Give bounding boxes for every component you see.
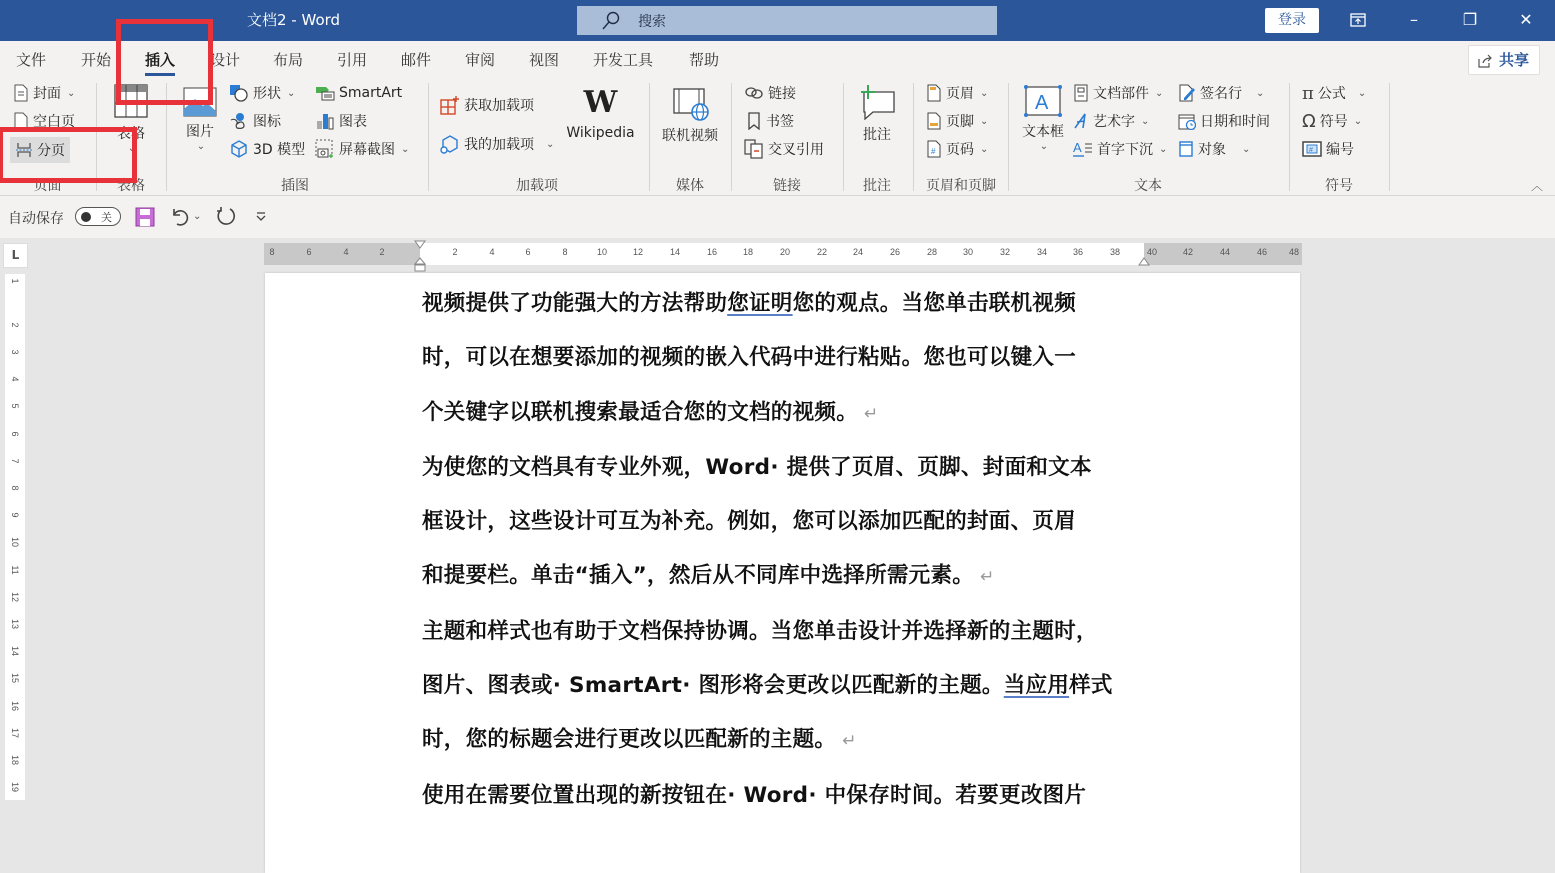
3d-model-icon xyxy=(229,139,249,159)
group-label-text: 文本 xyxy=(1120,175,1176,195)
search-box[interactable]: 搜索 xyxy=(577,6,997,35)
chevron-down-icon: ⌄ xyxy=(67,88,75,99)
group-separator xyxy=(1008,83,1009,191)
window-title: 文档2 - Word xyxy=(247,9,340,30)
tab-developer[interactable]: 开发工具 xyxy=(593,49,653,70)
group-separator xyxy=(428,83,429,191)
text-line: 框设计，这些设计可互为补充。例如，您可以添加匹配的封面、页眉 xyxy=(422,495,1182,549)
toggle-state-label: 关 xyxy=(101,209,112,225)
table-button[interactable]: 表格 ⌄ xyxy=(110,83,152,154)
omega-icon: Ω xyxy=(1302,111,1316,132)
store-icon xyxy=(440,95,460,115)
ribbon-display-icon xyxy=(1350,13,1366,27)
bookmark-icon xyxy=(746,112,762,130)
ribbon-insert: 封面⌄ 空白页 分页 页面 表格 ⌄ 表格 图片 ⌄ 形状⌄ 图标 3D 模型 … xyxy=(0,77,1555,196)
text-line: 主题和样式也有助于文档保持协调。当您单击设计并选择新的主题时， xyxy=(422,605,1182,659)
tab-view[interactable]: 视图 xyxy=(529,49,559,70)
smartart-icon xyxy=(315,84,335,102)
horizontal-ruler[interactable]: 8 6 4 2 2 4 6 8 10 12 14 16 18 20 22 24 … xyxy=(264,243,1302,265)
document-area: L 8 6 4 2 2 4 6 8 10 12 14 16 18 20 22 2… xyxy=(0,238,1555,800)
online-video-button[interactable]: 联机视频 xyxy=(658,87,722,145)
blank-page-icon xyxy=(13,112,29,130)
tab-file[interactable]: 文件 xyxy=(16,49,46,70)
date-time-button[interactable]: 日期和时间 xyxy=(1178,110,1270,132)
chevron-down-icon: ⌄ xyxy=(287,88,295,99)
login-button[interactable]: 登录 xyxy=(1265,8,1319,33)
text-box-button[interactable]: A 文本框 ⌄ xyxy=(1018,85,1068,152)
autosave-toggle[interactable]: 关 xyxy=(75,207,121,226)
undo-icon xyxy=(169,205,191,227)
document-body[interactable]: 视频提供了功能强大的方法帮助您证明您的观点。当您单击联机视频 时，可以在想要添加… xyxy=(422,277,1182,800)
redo-button[interactable] xyxy=(214,205,236,231)
cover-page-icon xyxy=(13,84,29,102)
symbol-button[interactable]: Ω 符号⌄ xyxy=(1302,110,1362,132)
group-label-header-footer: 页眉和页脚 xyxy=(918,175,1004,195)
share-icon xyxy=(1477,53,1493,69)
save-icon xyxy=(134,206,156,228)
online-video-icon xyxy=(670,87,710,121)
chevron-down-icon: ⌄ xyxy=(112,143,152,154)
group-label-comments: 批注 xyxy=(850,175,904,195)
tab-mailings[interactable]: 邮件 xyxy=(401,49,431,70)
minimize-button[interactable]: – xyxy=(1401,8,1427,32)
page-break-button[interactable]: 分页 xyxy=(10,137,70,163)
tab-review[interactable]: 审阅 xyxy=(465,49,495,70)
cross-reference-icon xyxy=(744,139,764,159)
restore-button[interactable]: ❐ xyxy=(1457,8,1483,32)
wordart-icon xyxy=(1073,112,1089,130)
group-label-illustrations: 插图 xyxy=(260,175,330,195)
my-addins-button[interactable]: 我的加载项⌄ xyxy=(440,133,554,155)
chevron-down-icon: ⌄ xyxy=(1354,116,1362,127)
group-separator xyxy=(1289,83,1290,191)
tab-home[interactable]: 开始 xyxy=(81,49,111,70)
3d-models-button[interactable]: 3D 模型 xyxy=(229,138,305,160)
group-label-addins: 加载项 xyxy=(505,175,569,195)
first-line-indent-marker[interactable] xyxy=(414,240,426,250)
undo-button[interactable]: ⌄ xyxy=(169,205,201,227)
footer-button[interactable]: 页脚⌄ xyxy=(926,110,988,132)
chevron-down-icon: ⌄ xyxy=(546,139,554,150)
group-separator xyxy=(649,83,650,191)
grammar-underline: 当应用 xyxy=(1004,673,1069,698)
drop-cap-icon: A xyxy=(1073,140,1093,158)
link-icon xyxy=(744,86,764,100)
search-placeholder: 搜索 xyxy=(638,11,666,31)
svg-text:#: # xyxy=(931,147,936,156)
text-line: 视频提供了功能强大的方法帮助您证明您的观点。当您单击联机视频 xyxy=(422,277,1182,331)
quick-parts-icon xyxy=(1073,84,1089,102)
chevron-down-icon: ⌄ xyxy=(1159,144,1167,155)
paragraph-mark: ↵ xyxy=(980,567,995,587)
close-button[interactable]: ✕ xyxy=(1513,8,1539,32)
icons-icon xyxy=(229,112,249,130)
screenshot-icon xyxy=(315,139,335,159)
chart-button[interactable]: 图表 xyxy=(315,110,367,132)
group-label-symbols: 符号 xyxy=(1312,175,1366,195)
number-button[interactable]: # 编号 xyxy=(1302,138,1354,160)
text-line: 图片、图表或· SmartArt· 图形将会更改以匹配新的主题。当应用样式 xyxy=(422,659,1182,713)
icons-button[interactable]: 图标 xyxy=(229,110,281,132)
text-line: 时，您的标题会进行更改以匹配新的主题。↵ xyxy=(422,713,1182,768)
link-button[interactable]: 链接 xyxy=(744,82,796,104)
customize-icon xyxy=(255,209,267,223)
shapes-icon xyxy=(229,84,249,102)
wikipedia-icon: W xyxy=(563,85,638,121)
blank-page-button[interactable]: 空白页 xyxy=(13,110,75,132)
paragraph-mark: ↵ xyxy=(842,731,857,751)
chevron-down-icon: ⌄ xyxy=(193,211,201,222)
pi-icon: π xyxy=(1302,83,1314,104)
tab-references[interactable]: 引用 xyxy=(337,49,367,70)
signature-line-button[interactable]: 签名行⌄ xyxy=(1178,82,1264,104)
object-icon xyxy=(1178,140,1194,158)
group-label-pages: 页面 xyxy=(20,175,75,195)
cross-reference-button[interactable]: 交叉引用 xyxy=(744,138,824,160)
object-button[interactable]: 对象⌄ xyxy=(1178,138,1250,160)
chevron-down-icon: ⌄ xyxy=(980,88,988,99)
equation-button[interactable]: π 公式⌄ xyxy=(1302,82,1366,104)
chevron-down-icon: ⌄ xyxy=(1141,116,1149,127)
customize-qat-button[interactable] xyxy=(255,208,267,227)
tab-help[interactable]: 帮助 xyxy=(689,49,719,70)
chevron-down-icon: ⌄ xyxy=(980,116,988,127)
group-separator xyxy=(843,83,844,191)
text-line: 和提要栏。单击“插入”，然后从不同库中选择所需元素。↵ xyxy=(422,549,1182,604)
footer-icon xyxy=(926,112,942,130)
share-label: 共享 xyxy=(1499,51,1529,69)
addins-icon xyxy=(440,134,460,154)
new-comment-icon xyxy=(857,84,897,120)
tab-insert[interactable]: 插入 xyxy=(145,49,175,70)
bookmark-button[interactable]: 书签 xyxy=(746,110,794,132)
group-separator xyxy=(166,83,167,191)
group-label-tables: 表格 xyxy=(106,175,156,195)
drop-cap-button[interactable]: A 首字下沉⌄ xyxy=(1073,138,1167,160)
number-icon: # xyxy=(1302,141,1322,157)
page-break-icon xyxy=(15,142,33,158)
save-button[interactable] xyxy=(134,206,156,232)
get-addins-button[interactable]: 获取加载项 xyxy=(440,94,534,116)
document-page[interactable]: 视频提供了功能强大的方法帮助您证明您的观点。当您单击联机视频 时，可以在想要添加… xyxy=(265,273,1300,800)
right-indent-marker[interactable] xyxy=(1138,257,1150,267)
header-button[interactable]: 页眉⌄ xyxy=(926,82,988,104)
ribbon-display-options-button[interactable] xyxy=(1345,8,1371,32)
page-number-icon: # xyxy=(926,140,942,158)
chevron-down-icon: ⌄ xyxy=(1358,88,1366,99)
header-icon xyxy=(926,84,942,102)
svg-text:A: A xyxy=(1035,92,1049,114)
screenshot-button[interactable]: 屏幕截图⌄ xyxy=(315,138,409,160)
tab-layout[interactable]: 布局 xyxy=(273,49,303,70)
cover-page-button[interactable]: 封面⌄ xyxy=(13,82,75,104)
date-time-icon xyxy=(1178,112,1196,130)
group-label-links: 链接 xyxy=(755,175,819,195)
signature-line-icon xyxy=(1178,84,1196,102)
chevron-down-icon: ⌄ xyxy=(401,144,409,155)
group-separator xyxy=(913,83,914,191)
chevron-down-icon: ⌄ xyxy=(182,141,220,152)
shapes-button[interactable]: 形状⌄ xyxy=(229,82,295,104)
chart-icon xyxy=(315,112,335,130)
quick-parts-button[interactable]: 文档部件⌄ xyxy=(1073,82,1163,104)
text-line: 为使您的文档具有专业外观，Word· 提供了页眉、页脚、封面和文本 xyxy=(422,441,1182,495)
tab-design[interactable]: 设计 xyxy=(210,49,240,70)
text-line: 时，可以在想要添加的视频的嵌入代码中进行粘贴。您也可以键入一 xyxy=(422,331,1182,385)
comment-button[interactable]: 批注 xyxy=(855,84,899,144)
text-line: 使用在需要位置出现的新按钮在· Word· 中保存时间。若要更改图片 xyxy=(422,769,1182,800)
paragraph-mark: ↵ xyxy=(864,404,879,424)
group-separator xyxy=(731,83,732,191)
autosave-label: 自动保存 xyxy=(8,208,64,228)
ribbon-tabs: 文件 开始 插入 设计 布局 引用 邮件 审阅 视图 开发工具 帮助 共享 xyxy=(0,41,1555,77)
wordart-button[interactable]: 艺术字⌄ xyxy=(1073,110,1149,132)
page-number-button[interactable]: # 页码⌄ xyxy=(926,138,988,160)
quick-access-toolbar: 自动保存 关 ⌄ xyxy=(0,196,1555,238)
svg-text:#: # xyxy=(1309,147,1313,154)
title-bar: 文档2 - Word 搜索 登录 – ❐ ✕ xyxy=(0,0,1555,41)
search-icon xyxy=(601,11,621,31)
share-button[interactable]: 共享 xyxy=(1468,45,1540,75)
chevron-down-icon: ⌄ xyxy=(980,144,988,155)
group-label-media: 媒体 xyxy=(660,175,720,195)
grammar-underline: 您证明 xyxy=(727,291,792,316)
group-separator xyxy=(1389,83,1390,191)
tab-selector[interactable]: L xyxy=(3,243,28,268)
chevron-down-icon: ⌄ xyxy=(1155,88,1163,99)
table-icon xyxy=(113,83,149,119)
wikipedia-button[interactable]: W Wikipedia xyxy=(563,85,638,141)
text-box-icon: A xyxy=(1023,85,1063,117)
picture-icon xyxy=(183,87,217,117)
toggle-knob xyxy=(81,212,91,222)
chevron-down-icon: ⌄ xyxy=(1256,88,1264,99)
group-separator xyxy=(96,83,97,191)
smartart-button[interactable]: SmartArt xyxy=(315,82,402,104)
svg-text:A: A xyxy=(1073,140,1082,155)
picture-button[interactable]: 图片 ⌄ xyxy=(180,87,220,152)
chevron-down-icon: ⌄ xyxy=(1020,141,1068,152)
chevron-down-icon: ⌄ xyxy=(1242,144,1250,155)
collapse-ribbon-button[interactable]: ︿ xyxy=(1531,177,1543,194)
redo-icon xyxy=(214,205,236,227)
vertical-ruler[interactable]: 1 2 3 4 5 6 7 8 9 10 11 12 13 14 15 16 1… xyxy=(5,274,25,800)
text-line: 个关键字以联机搜索最适合您的文档的视频。↵ xyxy=(422,386,1182,441)
